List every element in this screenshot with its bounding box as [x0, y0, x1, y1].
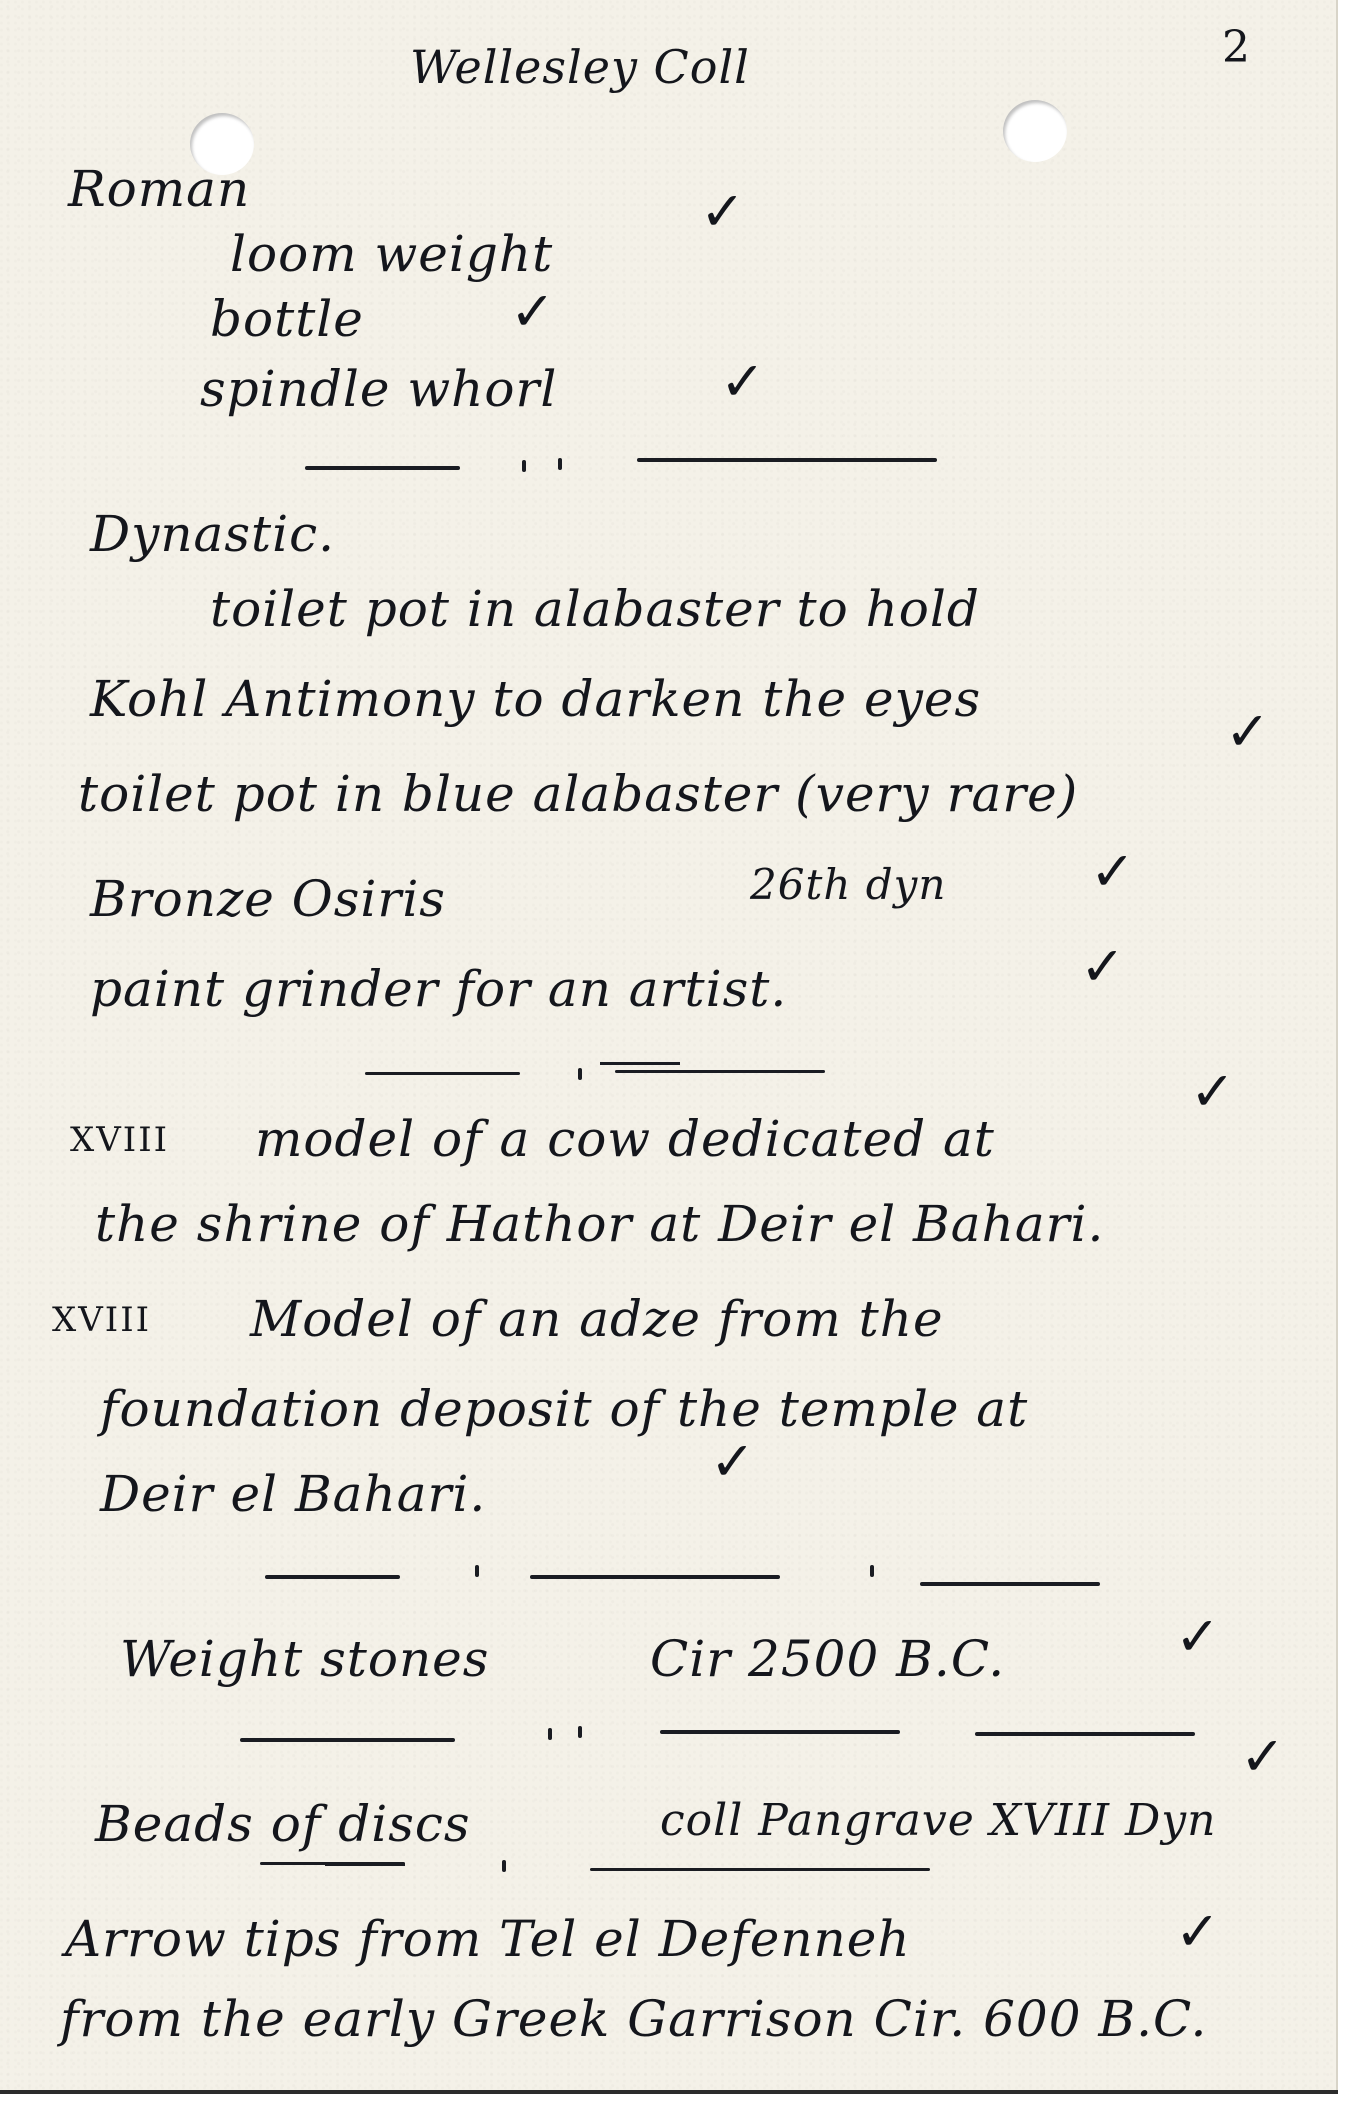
check-mark-icon: ✓	[1175, 1605, 1220, 1668]
item-toilet-pot-alabaster: toilet pot in alabaster to hold	[210, 580, 980, 638]
card-title: Wellesley Coll	[410, 40, 750, 94]
divider-rule	[365, 1072, 520, 1075]
item-adze-model: Model of an adze from the	[250, 1290, 944, 1348]
divider-dot	[870, 1565, 874, 1577]
item-beads-of-discs-collection: coll Pangrave XVIII Dyn	[660, 1795, 1216, 1846]
item-weight-stones: Weight stones	[120, 1630, 489, 1688]
divider-dot	[502, 1860, 506, 1872]
item-arrow-tips-continued: from the early Greek Garrison Cir. 600 B…	[60, 1990, 1207, 2048]
check-mark-icon: ✓	[1080, 935, 1125, 998]
divider-rule	[240, 1738, 455, 1742]
divider-dot	[578, 1068, 582, 1080]
item-paint-grinder: paint grinder for an artist.	[90, 960, 787, 1018]
divider-rule	[975, 1732, 1195, 1736]
item-loom-weight: loom weight	[230, 225, 553, 283]
divider-rule	[637, 458, 937, 462]
check-mark-icon: ✓	[710, 1430, 755, 1493]
item-cow-model: model of a cow dedicated at	[255, 1110, 995, 1168]
item-spindle-whorl: spindle whorl	[200, 360, 557, 418]
item-bronze-osiris-dynasty: 26th dyn	[750, 860, 946, 909]
punch-hole-right	[1003, 100, 1067, 162]
check-mark-icon: ✓	[1240, 1725, 1285, 1788]
divider-dot	[475, 1565, 479, 1577]
item-cow-model-continued: the shrine of Hathor at Deir el Bahari.	[95, 1195, 1104, 1253]
check-mark-icon: ✓	[720, 350, 765, 413]
divider-rule	[615, 1070, 825, 1073]
item-bottle: bottle	[210, 290, 364, 348]
divider-dot	[558, 458, 562, 470]
divider-dot	[548, 1728, 552, 1740]
divider-dot	[522, 460, 526, 472]
check-mark-icon: ✓	[510, 280, 555, 343]
divider-rule	[920, 1582, 1100, 1586]
dynasty-label: XVIII	[70, 1120, 169, 1160]
item-weight-stones-date: Cir 2500 B.C.	[650, 1630, 1005, 1688]
page-number: 2	[1222, 22, 1251, 73]
underline-for	[600, 1062, 680, 1065]
check-mark-icon: ✓	[700, 180, 745, 243]
item-adze-model-continued-2: Deir el Bahari.	[100, 1465, 486, 1523]
divider-rule	[305, 466, 460, 470]
item-beads-of-discs: Beads of discs	[95, 1795, 471, 1853]
item-toilet-pot-blue-alabaster: toilet pot in blue alabaster (very rare)	[78, 765, 1078, 823]
item-arrow-tips: Arrow tips from Tel el Defenneh	[65, 1910, 911, 1968]
divider-rule	[260, 1862, 405, 1865]
divider-dot	[578, 1726, 582, 1738]
section-heading-roman: Roman	[68, 160, 250, 218]
scan-edge	[1338, 0, 1358, 2109]
check-mark-icon: ✓	[1090, 840, 1135, 903]
item-kohl-antimony: Kohl Antimony to darken the eyes	[90, 670, 981, 728]
divider-rule	[660, 1730, 900, 1734]
divider-rule	[265, 1575, 400, 1579]
dynasty-label: XVIII	[52, 1300, 151, 1340]
check-mark-icon: ✓	[1225, 700, 1270, 763]
item-bronze-osiris: Bronze Osiris	[90, 870, 446, 928]
catalogue-card: Wellesley Coll 2 Roman loom weight ✓ bot…	[0, 0, 1338, 2094]
item-adze-model-continued: foundation deposit of the temple at	[100, 1380, 1028, 1438]
divider-rule	[530, 1575, 780, 1579]
check-mark-icon: ✓	[1175, 1900, 1220, 1963]
section-heading-dynastic: Dynastic.	[90, 505, 335, 563]
check-mark-icon: ✓	[1190, 1060, 1235, 1123]
divider-rule	[590, 1868, 930, 1871]
